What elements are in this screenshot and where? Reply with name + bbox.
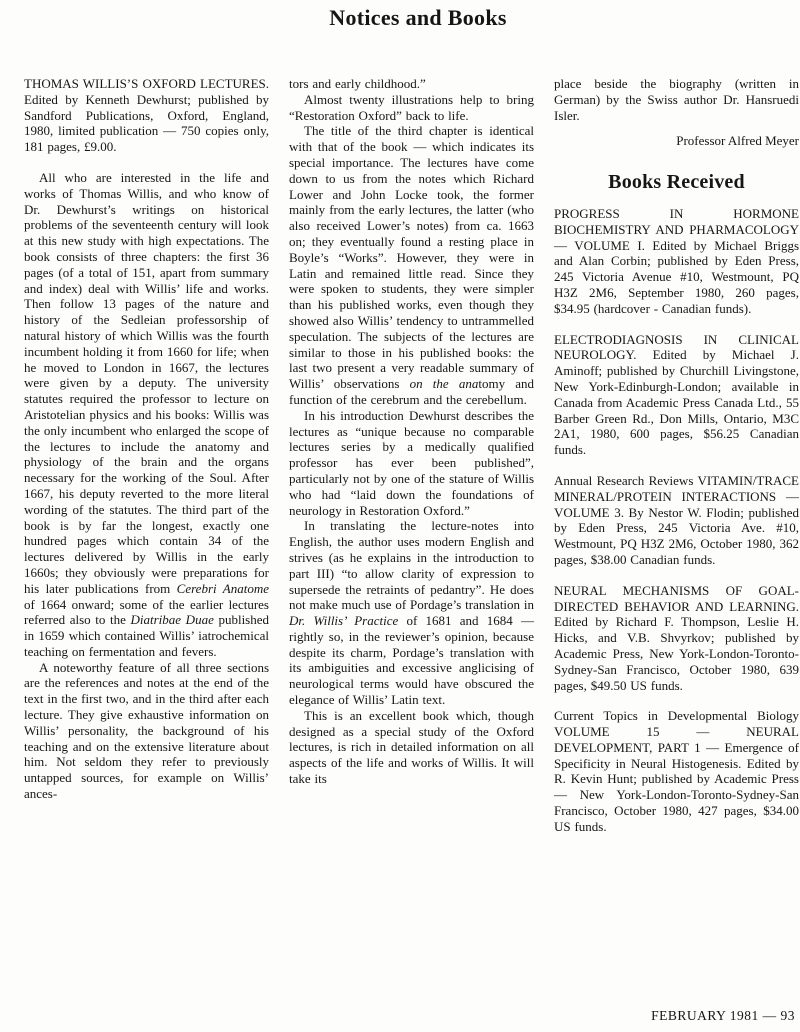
- paragraph: PROGRESS IN HORMONE BIOCHEMISTRY AND PHA…: [554, 206, 799, 317]
- books-received-heading: Books Received: [554, 175, 799, 191]
- paragraph: THOMAS WILLIS’S OXFORD LECTURES. Edited …: [24, 76, 269, 155]
- paragraph: A noteworthy feature of all three sectio…: [24, 660, 269, 802]
- column-3: place beside the biography (written in G…: [554, 76, 799, 835]
- paragraph: NEURAL MECHANISMS OF GOAL-DIRECTED BEHAV…: [554, 583, 799, 694]
- paragraph: In his introduction Dewhurst describes t…: [289, 408, 534, 519]
- page-title: Notices and Books: [35, 5, 800, 31]
- paragraph: All who are interested in the life and w…: [24, 170, 269, 660]
- paragraph: ELECTRODIAGNOSIS IN CLINICAL NEUROLOGY. …: [554, 332, 799, 458]
- paragraph: tors and early childhood.”: [289, 76, 534, 92]
- journal-page: Notices and Books THOMAS WILLIS’S OXFORD…: [0, 0, 800, 1032]
- paragraph: In translating the lecture-notes into En…: [289, 518, 534, 708]
- column-1: THOMAS WILLIS’S OXFORD LECTURES. Edited …: [24, 76, 269, 835]
- page-footer: FEBRUARY 1981 — 93: [651, 1008, 795, 1024]
- paragraph: This is an excellent book which, though …: [289, 708, 534, 787]
- column-2: tors and early childhood.”Almost twenty …: [289, 76, 534, 835]
- columns-container: THOMAS WILLIS’S OXFORD LECTURES. Edited …: [24, 76, 799, 835]
- paragraph: place beside the biography (written in G…: [554, 76, 799, 123]
- paragraph: Current Topics in Developmental Biology …: [554, 708, 799, 834]
- reviewer-byline: Professor Alfred Meyer: [554, 133, 799, 149]
- paragraph: Almost twenty illustrations help to brin…: [289, 92, 534, 124]
- paragraph: Annual Research Reviews VITAMIN/TRACE MI…: [554, 473, 799, 568]
- paragraph: The title of the third chapter is identi…: [289, 123, 534, 407]
